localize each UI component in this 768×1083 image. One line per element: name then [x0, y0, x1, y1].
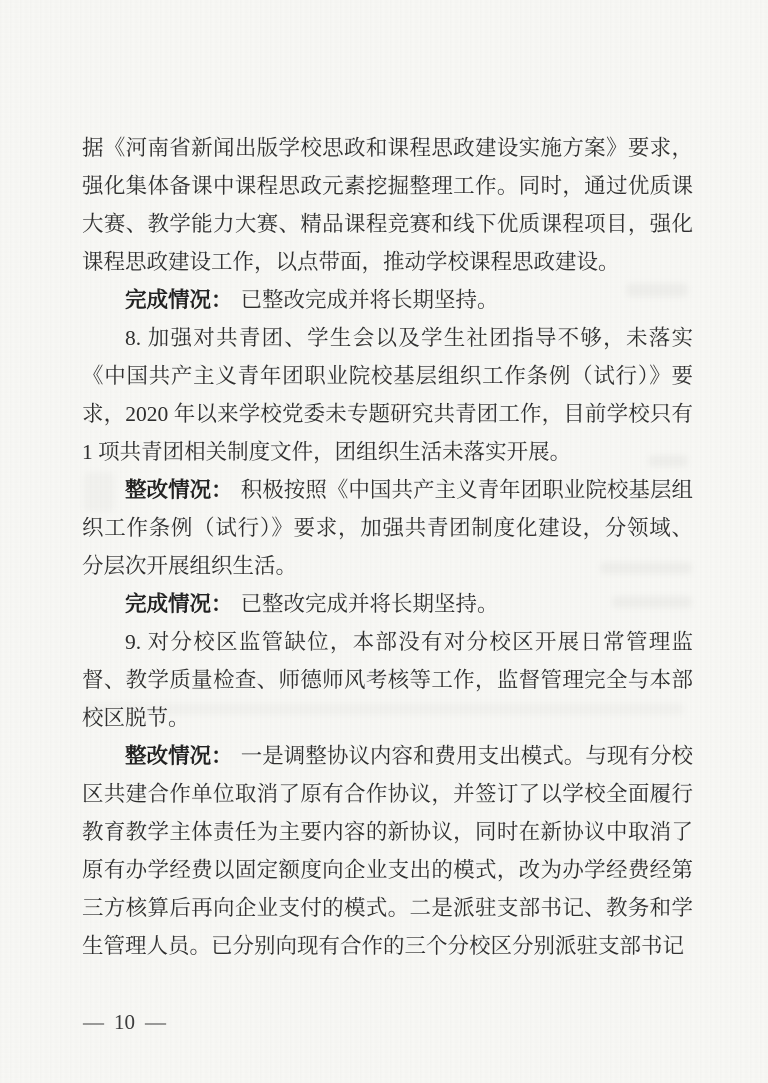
paragraph: 据《河南省新闻出版学校思政和课程思政建设实施方案》要求，强化集体备课中课程思政元…: [82, 129, 693, 281]
paragraph: 完成情况：已整改完成并将长期坚持。: [82, 281, 693, 319]
paragraph: 整改情况：积极按照《中国共产主义青年团职业院校基层组织工作条例（试行）》要求，加…: [82, 471, 693, 585]
paragraph: 8. 加强对共青团、学生会以及学生社团指导不够，未落实《中国共产主义青年团职业院…: [82, 319, 693, 471]
paragraph: 完成情况：已整改完成并将长期坚持。: [82, 585, 693, 623]
paragraph-text: 据《河南省新闻出版学校思政和课程思政建设实施方案》要求，强化集体备课中课程思政元…: [82, 136, 693, 274]
page-number: — 10 —: [83, 1010, 166, 1035]
paragraph-text: 8. 加强对共青团、学生会以及学生社团指导不够，未落实《中国共产主义青年团职业院…: [82, 326, 693, 464]
paragraph-text: 一是调整协议内容和费用支出模式。与现有分校区共建合作单位取消了原有合作协议，并签…: [82, 744, 693, 958]
paragraph-label: 整改情况：: [125, 744, 233, 768]
document-page: 据《河南省新闻出版学校思政和课程思政建设实施方案》要求，强化集体备课中课程思政元…: [0, 0, 768, 1083]
paragraph-label: 完成情况：: [125, 592, 233, 616]
paragraph-label: 整改情况：: [125, 478, 233, 502]
paragraph: 9. 对分校区监管缺位，本部没有对分校区开展日常管理监督、教学质量检查、师德师风…: [82, 623, 693, 737]
paragraph-text: 已整改完成并将长期坚持。: [241, 592, 499, 616]
paragraph-label: 完成情况：: [125, 288, 233, 312]
footer-dash-left: —: [83, 1010, 104, 1035]
document-body: 据《河南省新闻出版学校思政和课程思政建设实施方案》要求，强化集体备课中课程思政元…: [82, 129, 693, 965]
paragraph: 整改情况：一是调整协议内容和费用支出模式。与现有分校区共建合作单位取消了原有合作…: [82, 737, 693, 965]
paragraph-text: 9. 对分校区监管缺位，本部没有对分校区开展日常管理监督、教学质量检查、师德师风…: [82, 630, 693, 730]
page-number-value: 10: [114, 1010, 135, 1035]
paragraph-text: 已整改完成并将长期坚持。: [241, 288, 499, 312]
footer-dash-right: —: [145, 1010, 166, 1035]
